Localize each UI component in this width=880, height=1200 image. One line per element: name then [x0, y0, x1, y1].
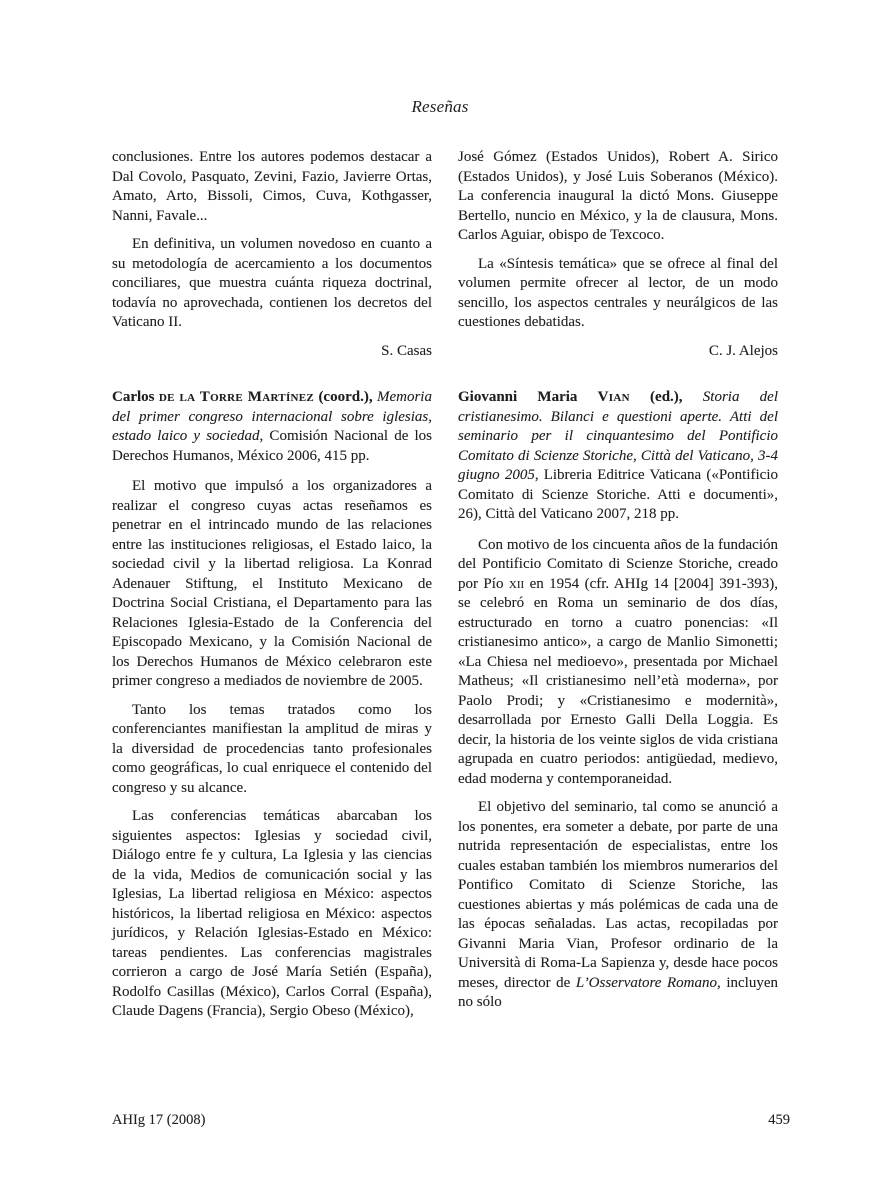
- reviewer-signature: S. Casas: [112, 342, 432, 362]
- text-columns: conclusiones. Entre los autores podemos …: [112, 148, 778, 1031]
- page-footer: AHIg 17 (2008) 459: [112, 1112, 790, 1129]
- reviewer-signature: C. J. Alejos: [458, 342, 778, 362]
- page-number: 459: [768, 1112, 790, 1129]
- review-citation-heading: Giovanni Maria Vian (ed.), Storia del cr…: [458, 388, 778, 525]
- body-paragraph: En definitiva, un volumen novedoso en cu…: [112, 235, 432, 333]
- body-paragraph: conclusiones. Entre los autores podemos …: [112, 148, 432, 226]
- body-paragraph: El objetivo del seminario, tal como se a…: [458, 798, 778, 1013]
- left-column: conclusiones. Entre los autores podemos …: [112, 148, 432, 1031]
- right-column: José Gómez (Estados Unidos), Robert A. S…: [458, 148, 778, 1031]
- running-header: Reseñas: [0, 97, 880, 117]
- body-paragraph: José Gómez (Estados Unidos), Robert A. S…: [458, 148, 778, 246]
- journal-volume: AHIg 17 (2008): [112, 1112, 205, 1129]
- journal-page: Reseñas conclusiones. Entre los autores …: [0, 0, 880, 1200]
- body-paragraph: La «Síntesis temática» que se ofrece al …: [458, 255, 778, 333]
- body-paragraph: Las conferencias temáticas abarcaban los…: [112, 807, 432, 1022]
- body-paragraph: El motivo que impulsó a los organizadore…: [112, 477, 432, 692]
- body-paragraph: Tanto los temas tratados como los confer…: [112, 701, 432, 799]
- review-citation-heading: Carlos de la Torre Martínez (coord.), Me…: [112, 388, 432, 466]
- body-paragraph: Con motivo de los cincuenta años de la f…: [458, 536, 778, 790]
- page-title: Reseñas: [411, 97, 468, 116]
